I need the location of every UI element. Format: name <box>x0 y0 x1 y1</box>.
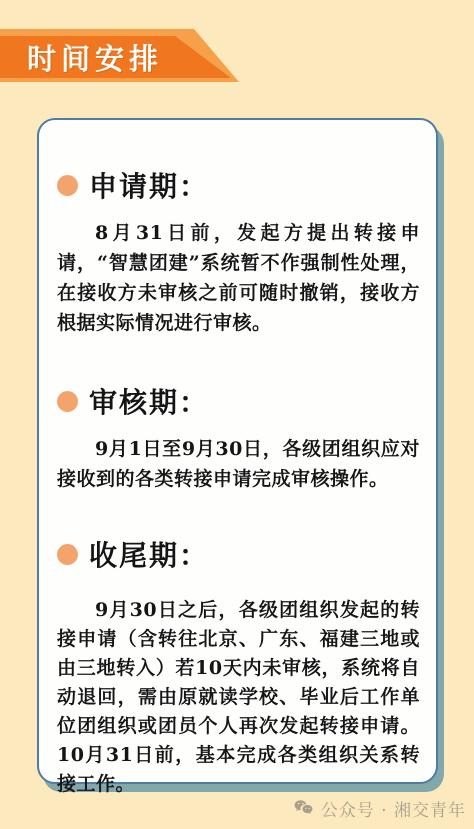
section-title: 审核期： <box>89 381 209 421</box>
section-body-text: 9月30日之后，各级团组织发起的转接申请（含转往北京、广东、福建三地或由三地转入… <box>57 596 420 799</box>
page-title: 时间安排 <box>27 37 163 78</box>
section-heading-row: 申请期： <box>57 165 420 205</box>
bullet-dot-icon <box>57 544 78 565</box>
section-closing-period: 收尾期： 9月30日之后，各级团组织发起的转接申请（含转往北京、广东、福建三地或… <box>57 534 420 799</box>
section-heading-row: 收尾期： <box>57 534 420 574</box>
section-application-period: 申请期： 8月31日前，发起方提出转接申请，“智慧团建”系统暂不作强制性处理，在… <box>57 165 420 338</box>
section-heading-row: 审核期： <box>57 381 420 421</box>
section-title: 申请期： <box>89 165 209 205</box>
bullet-dot-icon <box>57 175 78 196</box>
section-review-period: 审核期： 9月1日至9月30日，各级团组织应对接收到的各类转接申请完成审核操作。 <box>57 381 420 494</box>
section-body-text: 8月31日前，发起方提出转接申请，“智慧团建”系统暂不作强制性处理，在接收方未审… <box>57 218 420 338</box>
section-body-text: 9月1日至9月30日，各级团组织应对接收到的各类转接申请完成审核操作。 <box>57 434 420 494</box>
footer-label: 公众号 · 湘交青年 <box>321 796 466 821</box>
poster: 时间安排 申请期： 8月31日前，发起方提出转接申请，“智慧团建”系统暂不作强制… <box>0 0 474 829</box>
section-title: 收尾期： <box>89 534 209 574</box>
wechat-icon <box>293 798 314 819</box>
bullet-dot-icon <box>57 391 78 412</box>
footer-watermark: 公众号 · 湘交青年 <box>293 796 466 821</box>
content-card: 申请期： 8月31日前，发起方提出转接申请，“智慧团建”系统暂不作强制性处理，在… <box>37 118 438 784</box>
